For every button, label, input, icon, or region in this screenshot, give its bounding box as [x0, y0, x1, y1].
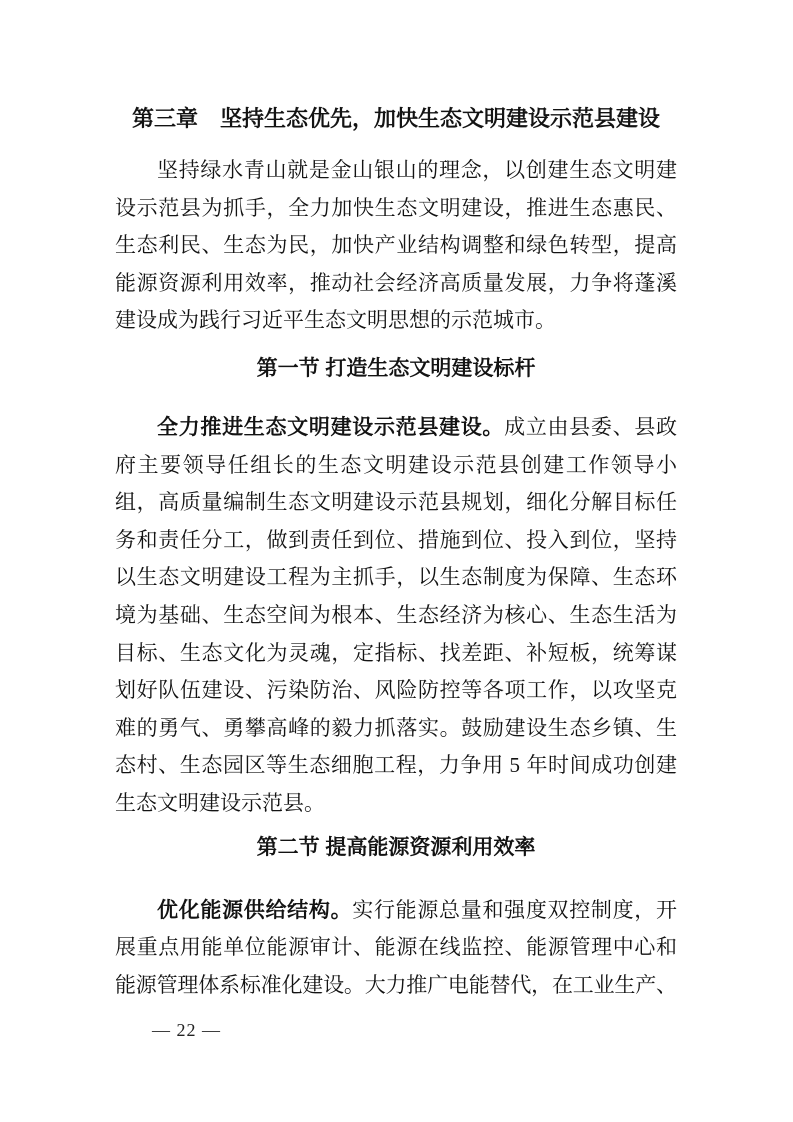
document-content: 第三章 坚持生态优先，加快生态文明建设示范县建设坚持绿水青山就是金山银山的理念，…: [115, 104, 677, 1004]
paragraph-line: 态村、生态园区等生态细胞工程，力争用 5 年时间成功创建: [115, 747, 677, 785]
bold-lead-in: 优化能源供给结构。: [157, 898, 352, 922]
paragraph-line: 展重点用能单位能源审计、能源在线监控、能源管理中心和: [115, 929, 677, 967]
paragraph-line-text: 展重点用能单位能源审计、能源在线监控、能源管理中心和: [115, 935, 678, 959]
paragraph-line: 建设成为践行习近平生态文明思想的示范城市。: [115, 302, 677, 340]
paragraph-line: 以生态文明建设工程为主抓手，以生态制度为保障、生态环: [115, 559, 677, 597]
paragraph-line-text: 生态文明建设示范县。: [115, 791, 325, 815]
paragraph: 坚持绿水青山就是金山银山的理念，以创建生态文明建设示范县为抓手，全力加快生态文明…: [115, 152, 677, 340]
paragraph-line-text: 境为基础、生态空间为根本、生态经济为核心、生态生活为: [115, 603, 678, 627]
paragraph-line: 境为基础、生态空间为根本、生态经济为核心、生态生活为: [115, 597, 677, 635]
paragraph-line-text: 府主要领导任组长的生态文明建设示范县创建工作领导小: [115, 453, 679, 477]
paragraph-line-text: 能源资源利用效率，推动社会经济高质量发展，力争将蓬溪: [115, 271, 678, 295]
paragraph-line: 组，高质量编制生态文明建设示范县规划，细化分解目标任: [115, 484, 677, 522]
paragraph-line-text: 务和责任分工，做到责任到位、措施到位、投入到位，坚持: [115, 528, 678, 552]
paragraph-line: 优化能源供给结构。实行能源总量和强度双控制度，开: [115, 892, 677, 930]
paragraph-line: 设示范县为抓手，全力加快生态文明建设，推进生态惠民、: [115, 190, 677, 228]
paragraph-line-text: 能源管理体系标准化建设。大力推广电能替代，在工业生产、: [115, 973, 677, 997]
paragraph-line: 划好队伍建设、污染防治、风险防控等各项工作，以攻坚克: [115, 672, 677, 710]
paragraph-line-text: 设示范县为抓手，全力加快生态文明建设，推进生态惠民、: [115, 196, 678, 220]
paragraph: 优化能源供给结构。实行能源总量和强度双控制度，开展重点用能单位能源审计、能源在线…: [115, 892, 677, 1005]
paragraph-line-text: 划好队伍建设、污染防治、风险防控等各项工作，以攻坚克: [115, 678, 678, 702]
paragraph-line-text: 建设成为践行习近平生态文明思想的示范城市。: [115, 308, 556, 332]
paragraph-line: 府主要领导任组长的生态文明建设示范县创建工作领导小: [115, 447, 677, 485]
paragraph-line-text: 目标、生态文化为灵魂，定指标、找差距、补短板，统筹谋: [115, 641, 678, 665]
paragraph-line-text: 生态利民、生态为民，加快产业结构调整和绿色转型，提高: [115, 233, 678, 257]
paragraph-line-text: 全力推进生态文明建设示范县建设。成立由县委、县政: [157, 415, 678, 439]
page-footer: — 22 —: [152, 1018, 221, 1042]
paragraph-line-text: 组，高质量编制生态文明建设示范县规划，细化分解目标任: [115, 490, 678, 514]
paragraph-line: 难的勇气、勇攀高峰的毅力抓落实。鼓励建设生态乡镇、生: [115, 710, 677, 748]
paragraph-line: 务和责任分工，做到责任到位、措施到位、投入到位，坚持: [115, 522, 677, 560]
document-page: 第三章 坚持生态优先，加快生态文明建设示范县建设坚持绿水青山就是金山银山的理念，…: [0, 0, 793, 1122]
paragraph-line-text: 以生态文明建设工程为主抓手，以生态制度为保障、生态环: [115, 565, 678, 589]
paragraph-line-text: 难的勇气、勇攀高峰的毅力抓落实。鼓励建设生态乡镇、生: [115, 716, 678, 740]
paragraph-line-text: 坚持绿水青山就是金山银山的理念，以创建生态文明建: [157, 158, 678, 182]
paragraph-line-text: 优化能源供给结构。实行能源总量和强度双控制度，开: [157, 898, 678, 922]
paragraph-line: 能源管理体系标准化建设。大力推广电能替代，在工业生产、: [115, 967, 677, 1005]
paragraph-line: 能源资源利用效率，推动社会经济高质量发展，力争将蓬溪: [115, 265, 677, 303]
paragraph-line: 生态利民、生态为民，加快产业结构调整和绿色转型，提高: [115, 227, 677, 265]
paragraph-line: 坚持绿水青山就是金山银山的理念，以创建生态文明建: [115, 152, 677, 190]
chapter-heading: 第三章 坚持生态优先，加快生态文明建设示范县建设: [115, 104, 677, 134]
bold-lead-in: 全力推进生态文明建设示范县建设。: [157, 415, 504, 439]
paragraph-line: 全力推进生态文明建设示范县建设。成立由县委、县政: [115, 409, 677, 447]
page-number: — 22 —: [152, 1020, 221, 1040]
paragraph-line-text: 态村、生态园区等生态细胞工程，力争用 5 年时间成功创建: [115, 753, 678, 777]
section-heading: 第一节 打造生态文明建设标杆: [115, 354, 677, 384]
section-heading: 第二节 提高能源资源利用效率: [115, 833, 677, 863]
paragraph-line: 生态文明建设示范县。: [115, 785, 677, 823]
paragraph-line: 目标、生态文化为灵魂，定指标、找差距、补短板，统筹谋: [115, 635, 677, 673]
paragraph: 全力推进生态文明建设示范县建设。成立由县委、县政府主要领导任组长的生态文明建设示…: [115, 409, 677, 823]
